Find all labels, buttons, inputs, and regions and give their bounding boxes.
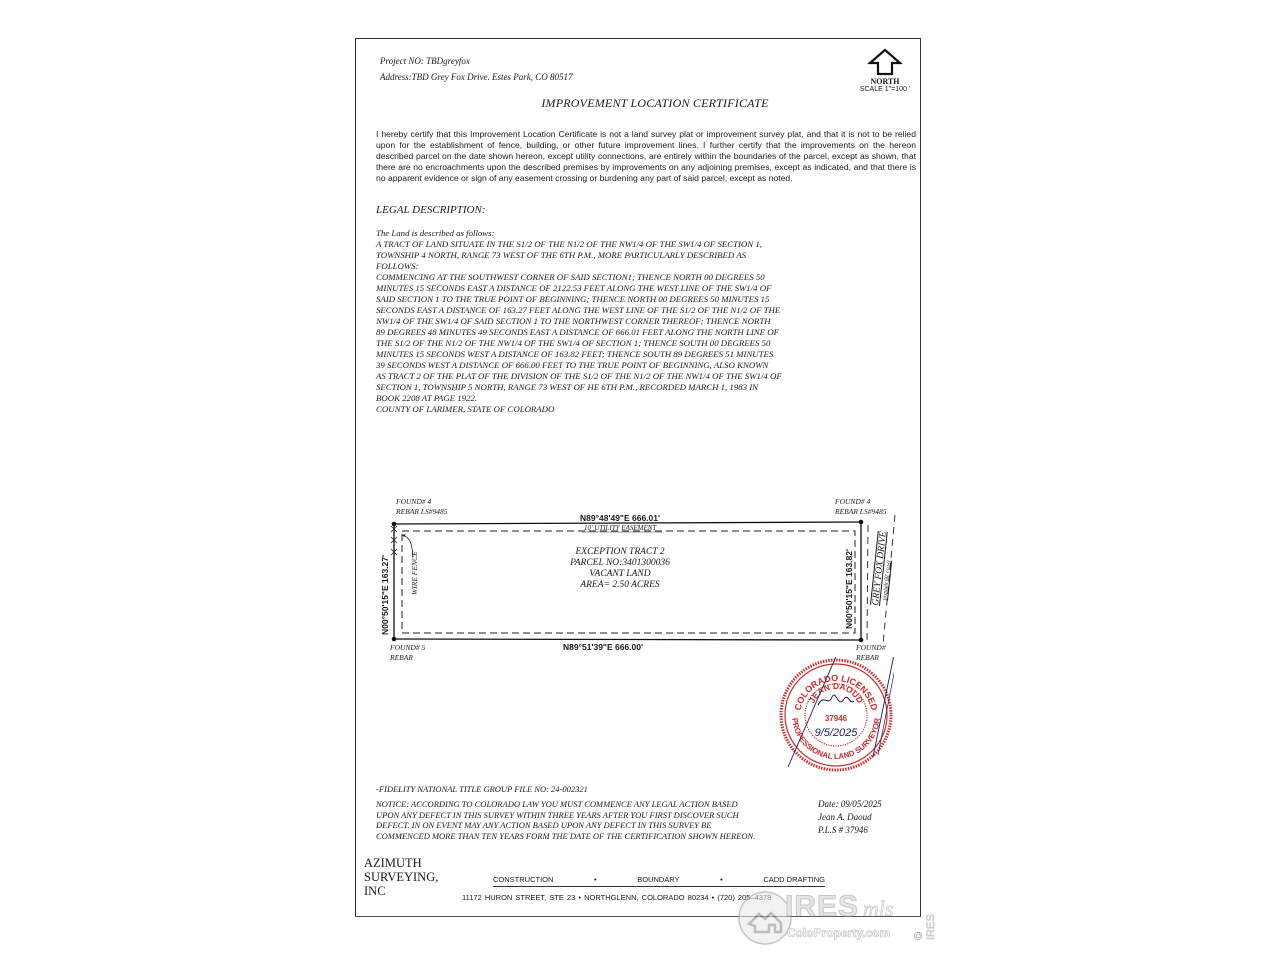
legal-line: MINUTES 15 SECONDS WEST A DISTANCE OF 16… xyxy=(376,349,856,360)
north-line-bearing: N89°48'49"E 666.01' xyxy=(580,513,660,523)
certification-text: I hereby certify that this Improvement L… xyxy=(376,129,916,184)
certification-date: Date: 09/05/2025 xyxy=(818,798,882,811)
parcel-plot: FOUND# 4 REBAR LS#9485 FOUND# 4 REBAR LS… xyxy=(380,495,900,670)
nw-corner-label: FOUND# 4 REBAR LS#9485 xyxy=(396,497,447,517)
pls-number: P.L.S # 37946 xyxy=(818,824,882,837)
svg-text:9/5/2025: 9/5/2025 xyxy=(815,727,859,739)
legal-line: SAID SECTION 1 TO THE TRUE POINT OF BEGI… xyxy=(376,294,856,305)
project-info: Project NO: TBDgreyfox Address:TBD Grey … xyxy=(380,53,573,85)
company-services: CONSTRUCTION • BOUNDARY • CADD DRAFTING xyxy=(493,875,825,887)
legal-line: A TRACT OF LAND SITUATE IN THE S1/2 OF T… xyxy=(376,239,856,250)
legal-notice: NOTICE: ACCORDING TO COLORADO LAW YOU MU… xyxy=(376,799,796,841)
legal-description-heading: LEGAL DESCRIPTION: xyxy=(376,204,486,216)
watermark-site: ColoProperty.com xyxy=(787,926,890,940)
company-address: 11172 HURON STREET, STE 23 • NORTHGLENN,… xyxy=(462,893,771,902)
tract-area: AREA= 2.50 ACRES xyxy=(520,580,720,591)
land-use: VACANT LAND xyxy=(520,569,720,580)
legal-line: NW1/4 OF THE SW1/4 OF SAID SECTION 1 TO … xyxy=(376,316,856,327)
watermark-brand: IRES xyxy=(785,890,859,924)
south-line-bearing: N89°51'39"E 666.00' xyxy=(563,642,643,652)
legal-line: 39 SECONDS WEST A DISTANCE OF 666.00 FEE… xyxy=(376,360,856,371)
ne-corner-label: FOUND# 4 REBAR LS#9485 xyxy=(835,497,886,517)
parcel-number: PARCEL NO:3401300036 xyxy=(520,558,720,569)
watermark-mls: mls xyxy=(863,896,894,922)
legal-line: MINUTES 15 SECONDS EAST A DISTANCE OF 21… xyxy=(376,283,856,294)
utility-easement-label: 10' UTILITY EASEMENT xyxy=(584,523,656,533)
document-title: IMPROVEMENT LOCATION CERTIFICATE xyxy=(355,96,955,111)
tract-name: EXCEPTION TRACT 2 xyxy=(520,547,720,558)
surveyor-seal: COLORADO LICENSED JEAN DAOUD PROFESSIONA… xyxy=(778,657,894,773)
legal-description: The Land is described as follows: A TRAC… xyxy=(376,228,856,415)
scale-label: SCALE 1"=100 ' xyxy=(855,86,915,93)
legal-line: BOOK 2208 AT PAGE 1922. xyxy=(376,393,856,404)
legal-line: FOLLOWS: xyxy=(376,261,856,272)
legal-line: THE S1/2 OF THE N1/2 OF THE NW1/4 OF THE… xyxy=(376,338,856,349)
legal-line: SECONDS EAST A DISTANCE OF 163.27 FEET A… xyxy=(376,305,856,316)
company-name: AZIMUTH SURVEYING, INC xyxy=(364,856,438,898)
title-file-number: -FIDELITY NATIONAL TITLE GROUP FILE NO: … xyxy=(376,784,588,794)
tract-info: EXCEPTION TRACT 2 PARCEL NO:3401300036 V… xyxy=(520,547,720,591)
sw-corner-label: FOUND# 5 REBAR xyxy=(390,643,425,663)
north-arrow: NORTH SCALE 1"=100 ' xyxy=(855,48,915,93)
legal-line: COUNTY OF LARIMER, STATE OF COLORADO xyxy=(376,404,856,415)
legal-line: COMMENCING AT THE SOUTHWEST CORNER OF SA… xyxy=(376,272,856,283)
watermark-copyright: © IRES xyxy=(913,914,937,940)
east-line-bearing: N00°50'15"E 163.82' xyxy=(844,549,854,629)
ires-watermark: IRES mls ColoProperty.com © IRES xyxy=(735,888,930,948)
west-line-bearing: N00°50'15"E 163.27' xyxy=(380,555,390,635)
legal-line: AS TRACT 2 OF THE PLAT OF THE DIVISION O… xyxy=(376,371,856,382)
legal-intro: The Land is described as follows: xyxy=(376,228,856,239)
wire-fence-label: WIRE FENCE xyxy=(410,551,420,595)
svg-text:COLORADO LICENSED: COLORADO LICENSED xyxy=(793,673,880,712)
north-label: NORTH xyxy=(855,77,915,86)
seal-icon: COLORADO LICENSED JEAN DAOUD PROFESSIONA… xyxy=(778,657,894,773)
legal-line: SECTION 1, TOWNSHIP 5 NORTH, RANGE 73 WE… xyxy=(376,382,856,393)
svg-text:37946: 37946 xyxy=(825,714,848,723)
legal-line: TOWNSHIP 4 NORTH, RANGE 73 WEST OF THE 6… xyxy=(376,250,856,261)
north-arrow-icon xyxy=(867,48,903,76)
project-address: Address:TBD Grey Fox Drive. Estes Park, … xyxy=(380,69,573,85)
signature-block: Date: 09/05/2025 Jean A. Daoud P.L.S # 3… xyxy=(818,798,882,837)
surveyor-name: Jean A. Daoud xyxy=(818,811,882,824)
legal-line: 89 DEGREES 48 MINUTES 49 SECONDS EAST A … xyxy=(376,327,856,338)
project-number: Project NO: TBDgreyfox xyxy=(380,53,573,69)
